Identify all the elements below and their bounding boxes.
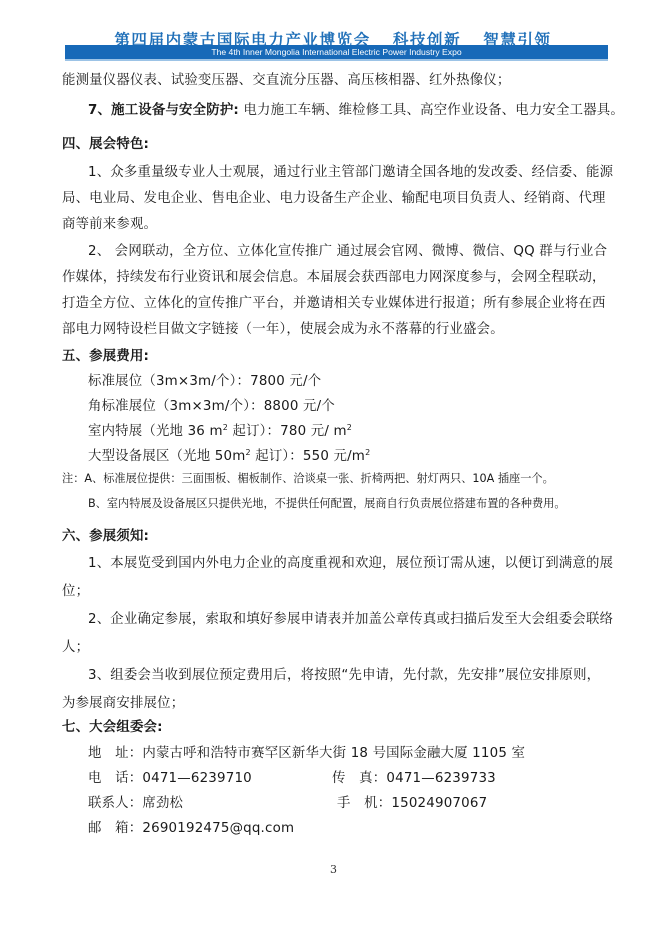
fee-price: 780 元/ m bbox=[280, 424, 347, 439]
fee-label: 室内特展（光地 36 m bbox=[88, 424, 223, 439]
item-7-text: 电力施工车辆、维检修工具、高空作业设备、电力安全工器具。 bbox=[239, 103, 624, 118]
fee-large-equipment: 大型设备展区（光地 50m2 起订）：550 元/m2 bbox=[88, 445, 370, 464]
continued-line: 能测量仪器仪表、试验变压器、交直流分压器、高压核相器、红外热像仪； bbox=[62, 69, 511, 88]
phone-label: 电 话： bbox=[88, 771, 142, 786]
expo-english-banner: The 4th Inner Mongolia International Ele… bbox=[65, 45, 608, 59]
fee-price: 8800 元/个 bbox=[264, 399, 335, 414]
page-number: 3 bbox=[330, 863, 337, 876]
section-4-p1-line2: 局、电业局、发电企业、售电企业、电力设备生产企业、输配电项目负责人、经销商、代理 bbox=[62, 187, 606, 206]
notice-3-line2: 为参展商安排展位； bbox=[62, 692, 184, 711]
section-4-p2-line3: 打造全方位、立体化的宣传推广平台，并邀请相关专业媒体进行报道；所有参展企业将在西 bbox=[62, 292, 606, 311]
fee-price: 7800 元/个 bbox=[250, 374, 321, 389]
fee-price: 550 元/m bbox=[303, 449, 365, 464]
contact-person: 联系人：席劲松 bbox=[88, 792, 183, 811]
mobile-label: 手 机： bbox=[337, 796, 391, 811]
fee-label: 标准展位（3m×3m/个）： bbox=[88, 374, 250, 389]
section-4-p2-line4: 部电力网特设栏目做文字链接（一年），使展会成为永不落幕的行业盛会。 bbox=[62, 318, 504, 337]
section-4-p1-line1: 1、众多重量级专业人士观展，通过行业主管部门邀请全国各地的发改委、经信委、能源 bbox=[88, 161, 613, 180]
notice-2-line1: 2、企业确定参展，索取和填好参展申请表并加盖公章传真或扫描后发至大会组委会联络 bbox=[88, 608, 613, 627]
contact-mobile: 手 机：15024907067 bbox=[337, 792, 487, 811]
notice-1-line2: 位； bbox=[62, 580, 89, 599]
section-5-heading: 五、参展费用: bbox=[62, 345, 149, 364]
address-value: 内蒙古呼和浩特市赛罕区新华大街 18 号国际金融大厦 1105 室 bbox=[142, 746, 525, 761]
fax-label: 传 真： bbox=[332, 771, 386, 786]
section-4-p1-line3: 商等前来参观。 bbox=[62, 213, 157, 232]
header-divider bbox=[65, 59, 608, 61]
mobile-value: 15024907067 bbox=[391, 796, 487, 811]
fax-value: 0471—6239733 bbox=[386, 771, 496, 786]
fee-label: 大型设备展区（光地 50m bbox=[88, 449, 245, 464]
fee-standard-booth: 标准展位（3m×3m/个）：7800 元/个 bbox=[88, 370, 321, 389]
section-4-p2-line2: 作媒体，持续发布行业资讯和展会信息。本届展会获西部电力网深度参与，会网全程联动， bbox=[62, 266, 606, 285]
section-4-p2-line1: 2、 会网联动，全方位、立体化宣传推广 通过展会官网、微博、微信、QQ 群与行业… bbox=[88, 240, 607, 259]
contact-phone: 电 话：0471—6239710 bbox=[88, 767, 252, 786]
notice-3-line1: 3、组委会当收到展位预定费用后，将按照“先申请，先付款，先安排”展位安排原则， bbox=[88, 664, 600, 683]
contact-address: 地 址：内蒙古呼和浩特市赛罕区新华大街 18 号国际金融大厦 1105 室 bbox=[88, 742, 525, 761]
phone-value: 0471—6239710 bbox=[142, 771, 252, 786]
item-7: 7、施工设备与安全防护: 电力施工车辆、维检修工具、高空作业设备、电力安全工器具… bbox=[88, 99, 624, 118]
fee-note-b: B、室内特展及设备展区只提供光地，不提供任何配置，展商自行负责展位搭建布置的各种… bbox=[88, 495, 566, 511]
fee-corner-booth: 角标准展位（3m×3m/个）：8800 元/个 bbox=[88, 395, 335, 414]
contact-value: 席劲松 bbox=[142, 796, 183, 811]
section-6-heading: 六、参展须知: bbox=[62, 525, 149, 544]
fee-indoor-special: 室内特展（光地 36 m2 起订）：780 元/ m2 bbox=[88, 420, 352, 439]
fee-label: 角标准展位（3m×3m/个）： bbox=[88, 399, 264, 414]
section-7-heading: 七、大会组委会: bbox=[62, 716, 163, 735]
contact-fax: 传 真：0471—6239733 bbox=[332, 767, 496, 786]
address-label: 地 址： bbox=[88, 746, 142, 761]
fee-label-tail: 起订）： bbox=[228, 424, 280, 439]
email-label: 邮 箱： bbox=[88, 821, 142, 836]
fee-label-tail: 起订）： bbox=[251, 449, 303, 464]
notice-1-line1: 1、本展览受到国内外电力企业的高度重视和欢迎，展位预订需从速，以便订到满意的展 bbox=[88, 552, 613, 571]
section-4-heading: 四、展会特色: bbox=[62, 133, 149, 152]
superscript: 2 bbox=[347, 423, 352, 432]
contact-email: 邮 箱：2690192475@qq.com bbox=[88, 817, 294, 836]
item-7-label: 7、施工设备与安全防护: bbox=[88, 103, 239, 118]
email-value: 2690192475@qq.com bbox=[142, 821, 294, 836]
superscript: 2 bbox=[365, 448, 370, 457]
notice-2-line2: 人； bbox=[62, 636, 89, 655]
contact-label: 联系人： bbox=[88, 796, 142, 811]
fee-note-a: 注：A、标准展位提供：三面围板、楣板制作、洽谈桌一张、折椅两把、射灯两只、10A… bbox=[62, 470, 554, 486]
